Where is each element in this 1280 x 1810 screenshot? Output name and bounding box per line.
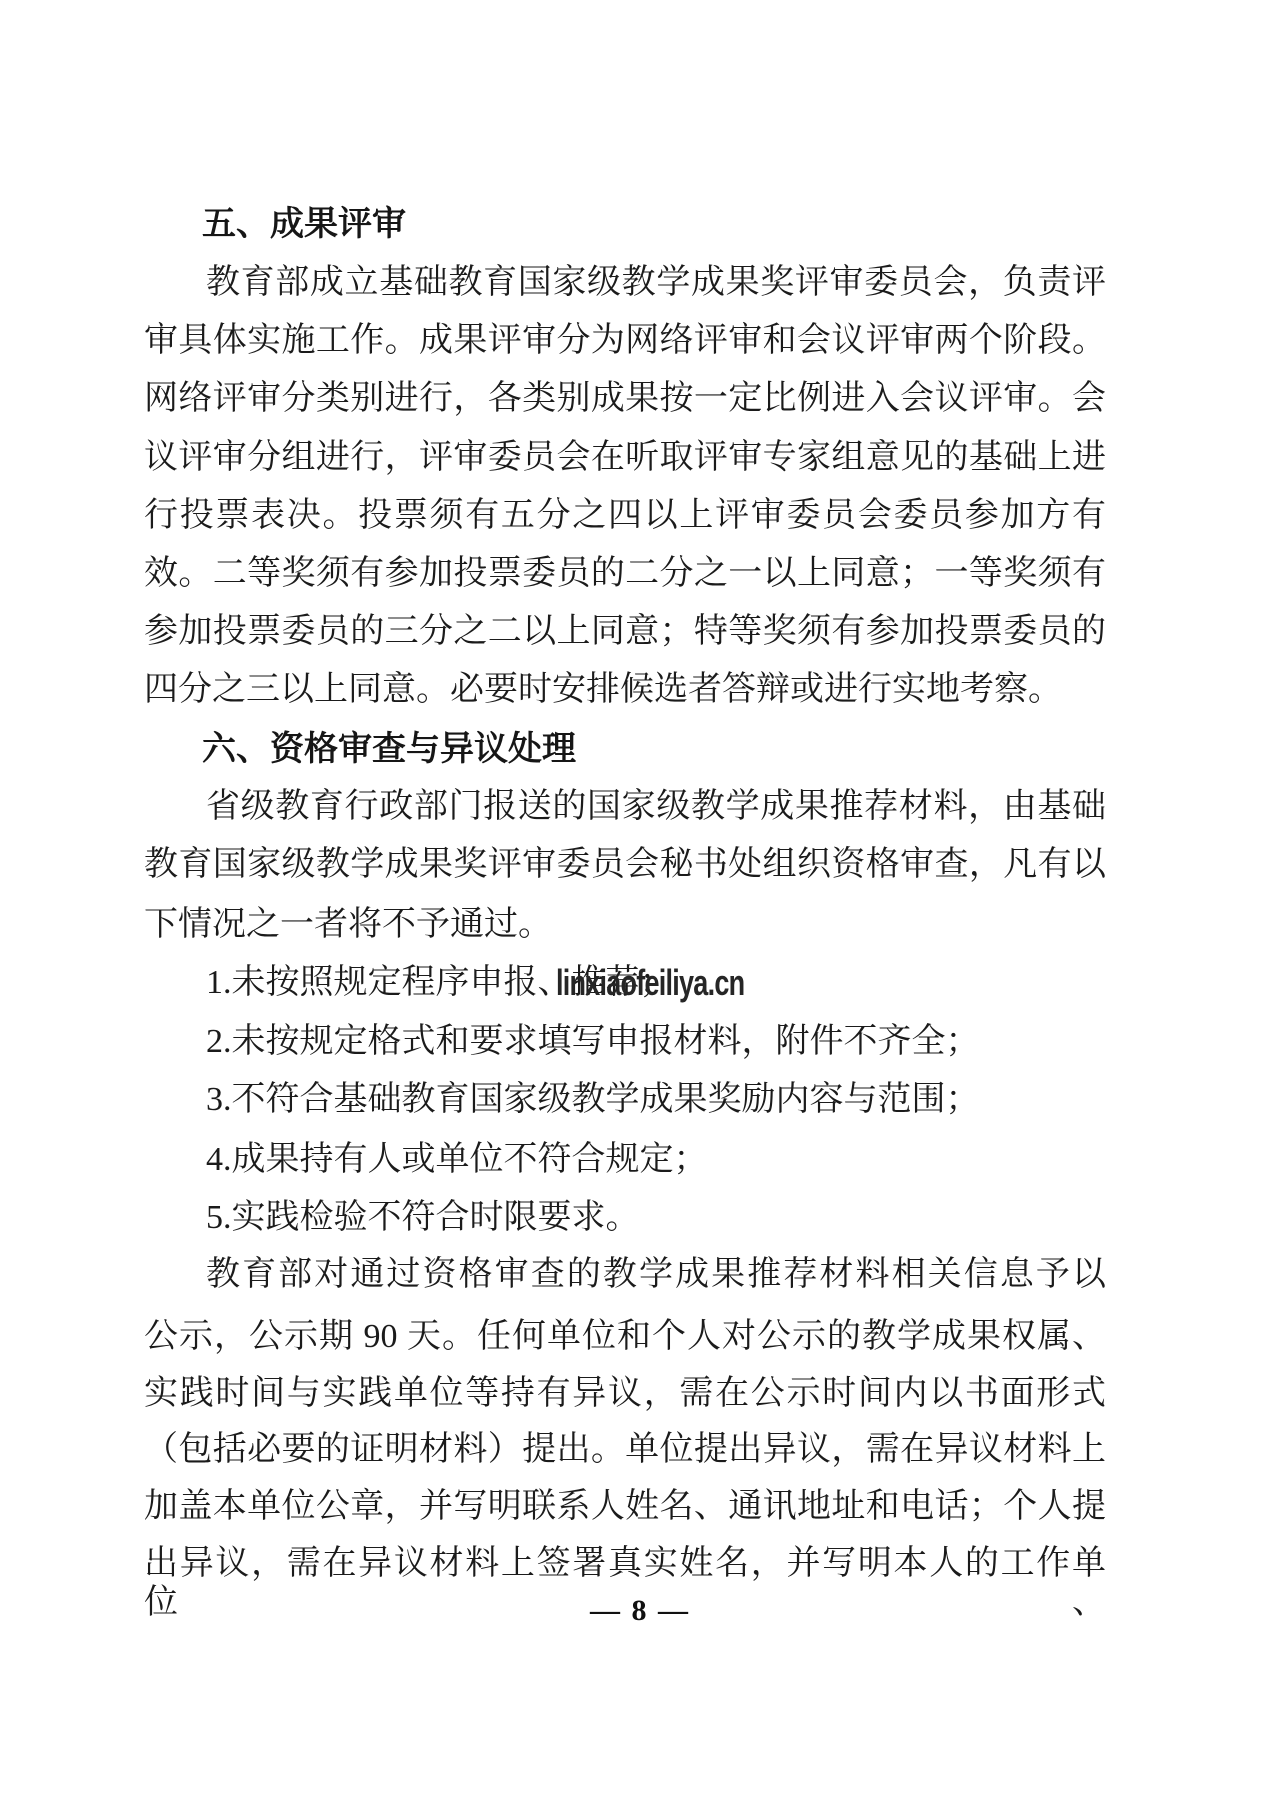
- section-heading-5: 五、成果评审: [202, 205, 406, 244]
- list-item-line: 3.不符合基础教育国家级教学成果奖励内容与范围；: [206, 1080, 980, 1119]
- body-line: 行投票表决。投票须有五分之四以上评审委员会委员参加方有: [144, 496, 1106, 535]
- list-item-line: 4.成果持有人或单位不符合规定；: [206, 1140, 708, 1179]
- body-line: 实践时间与实践单位等持有异议，需在公示时间内以书面形式: [144, 1374, 1106, 1413]
- body-line: 参加投票委员的三分之二以上同意；特等奖须有参加投票委员的: [144, 612, 1106, 651]
- body-line: （包括必要的证明材料）提出。单位提出异议，需在异议材料上: [144, 1430, 1106, 1469]
- body-line: 下情况之一者将不予通过。: [144, 905, 552, 944]
- body-line: 加盖本单位公章，并写明联系人姓名、通讯地址和电话；个人提: [144, 1487, 1106, 1526]
- list-item-line: 5.实践检验不符合时限要求。: [206, 1198, 640, 1237]
- page-number: — 8 —: [0, 1594, 1280, 1628]
- section-heading-6: 六、资格审查与异议处理: [202, 730, 576, 769]
- body-line: 网络评审分类别进行，各类别成果按一定比例进入会议评审。会: [144, 379, 1106, 418]
- body-line: 效。二等奖须有参加投票委员的二分之一以上同意；一等奖须有: [144, 554, 1106, 593]
- watermark-text: linxiaofeiliya.cn: [556, 962, 744, 1004]
- body-line: 省级教育行政部门报送的国家级教学成果推荐材料，由基础: [206, 787, 1106, 826]
- list-item-line: 2.未按规定格式和要求填写申报材料，附件不齐全；: [206, 1022, 980, 1061]
- body-line: 教育国家级教学成果奖评审委员会秘书处组织资格审查，凡有以: [144, 845, 1106, 884]
- body-line: 教育部成立基础教育国家级教学成果奖评审委员会，负责评: [206, 263, 1106, 302]
- body-line: 公示，公示期 90 天。任何单位和个人对公示的教学成果权属、: [144, 1317, 1106, 1356]
- body-line: 议评审分组进行，评审委员会在听取评审专家组意见的基础上进: [144, 438, 1106, 477]
- body-line: 教育部对通过资格审查的教学成果推荐材料相关信息予以: [206, 1255, 1106, 1294]
- body-line: 四分之三以上同意。必要时安排候选者答辩或进行实地考察。: [144, 670, 1062, 709]
- document-page: 五、成果评审 教育部成立基础教育国家级教学成果奖评审委员会，负责评 审具体实施工…: [0, 0, 1280, 1810]
- body-line: 审具体实施工作。成果评审分为网络评审和会议评审两个阶段。: [144, 321, 1106, 360]
